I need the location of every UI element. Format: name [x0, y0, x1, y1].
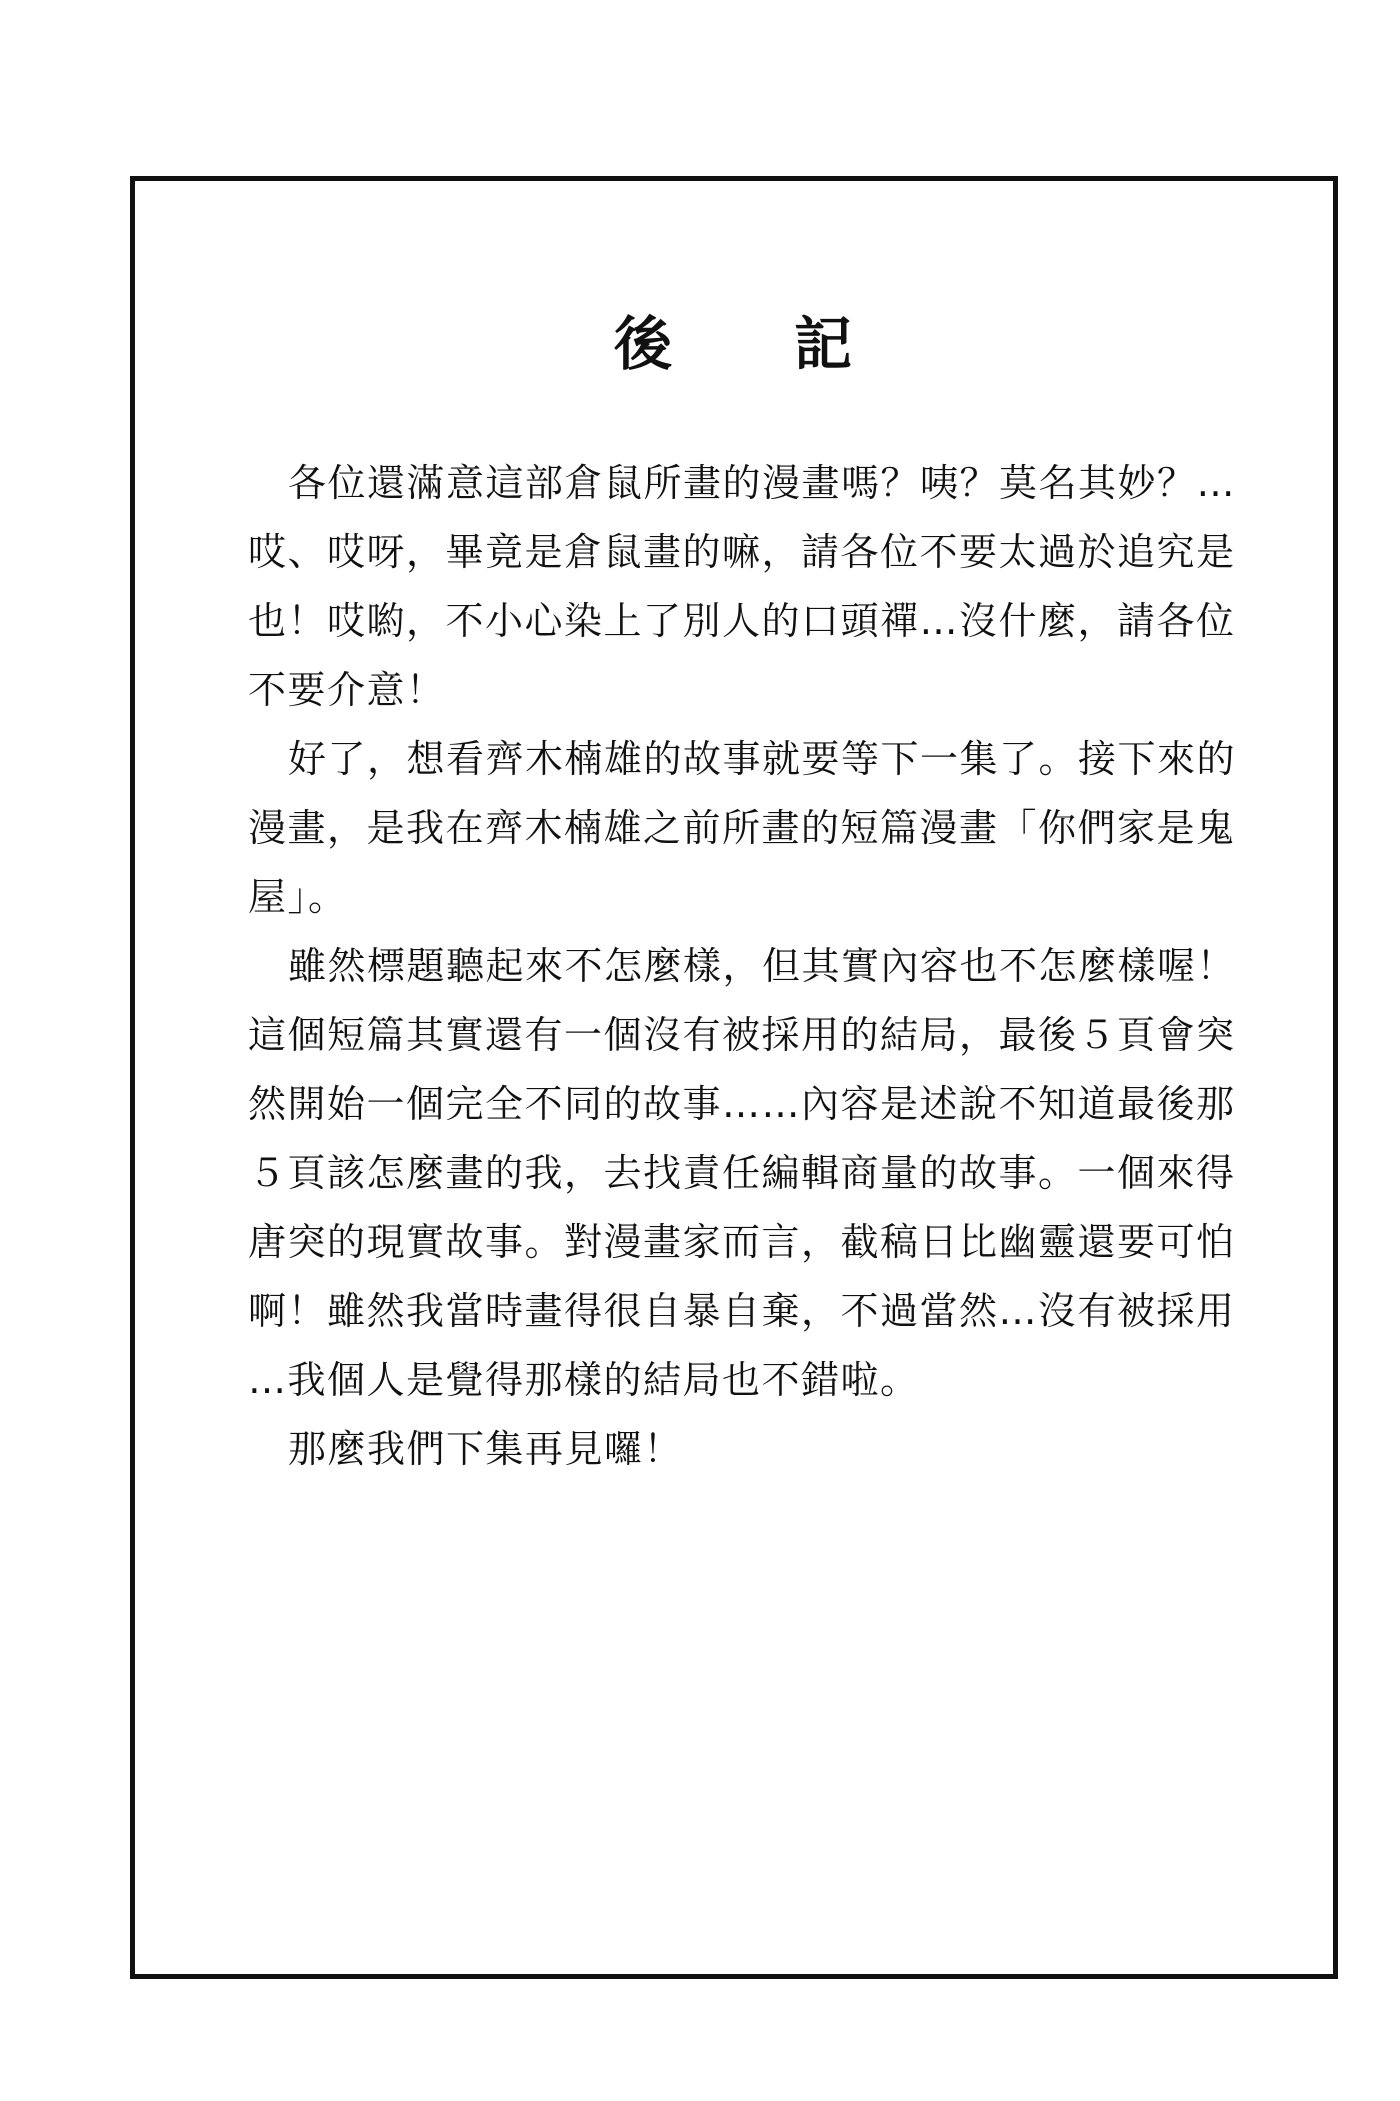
paragraph: 那麼我們下集再見囉！ — [248, 1415, 1238, 1484]
text-line: ５頁該怎麼畫的我，去找責任編輯商量的故事。一個來得 — [248, 1139, 1238, 1208]
page-border-frame: 後記 各位還滿意這部倉鼠所畫的漫畫嗎？咦？莫名其妙？… 哎、哎呀，畢竟是倉鼠畫的… — [130, 176, 1338, 1979]
paragraph: 雖然標題聽起來不怎麼樣，但其實內容也不怎麼樣喔！ 這個短篇其實還有一個沒有被採用… — [248, 932, 1238, 1415]
title-char: 後 — [609, 309, 679, 379]
text-line: 屋」。 — [248, 863, 1238, 932]
text-line: 雖然標題聽起來不怎麼樣，但其實內容也不怎麼樣喔！ — [248, 932, 1238, 1001]
text-line: 也！哎喲，不小心染上了別人的口頭禪…沒什麼，請各位 — [248, 587, 1238, 656]
text-line: 唐突的現實故事。對漫畫家而言，截稿日比幽靈還要可怕 — [248, 1208, 1238, 1277]
text-line: 哎、哎呀，畢竟是倉鼠畫的嘛，請各位不要太過於追究是 — [248, 518, 1238, 587]
title-char: 記 — [789, 309, 859, 379]
page-title: 後記 — [135, 309, 1333, 379]
text-line: 不要介意！ — [248, 656, 1238, 725]
text-line: 然開始一個完全不同的故事……內容是述說不知道最後那 — [248, 1070, 1238, 1139]
text-line: 這個短篇其實還有一個沒有被採用的結局，最後５頁會突 — [248, 1001, 1238, 1070]
text-line: 啊！雖然我當時畫得很自暴自棄，不過當然…沒有被採用 — [248, 1277, 1238, 1346]
text-line: …我個人是覺得那樣的結局也不錯啦。 — [248, 1346, 1238, 1415]
text-line: 各位還滿意這部倉鼠所畫的漫畫嗎？咦？莫名其妙？… — [248, 449, 1238, 518]
text-line: 好了，想看齊木楠雄的故事就要等下一集了。接下來的 — [248, 725, 1238, 794]
paragraph: 各位還滿意這部倉鼠所畫的漫畫嗎？咦？莫名其妙？… 哎、哎呀，畢竟是倉鼠畫的嘛，請… — [248, 449, 1238, 725]
afterword-body: 各位還滿意這部倉鼠所畫的漫畫嗎？咦？莫名其妙？… 哎、哎呀，畢竟是倉鼠畫的嘛，請… — [248, 449, 1238, 1484]
paragraph: 好了，想看齊木楠雄的故事就要等下一集了。接下來的 漫畫，是我在齊木楠雄之前所畫的… — [248, 725, 1238, 932]
text-line: 那麼我們下集再見囉！ — [248, 1415, 1238, 1484]
text-line: 漫畫，是我在齊木楠雄之前所畫的短篇漫畫「你們家是鬼 — [248, 794, 1238, 863]
